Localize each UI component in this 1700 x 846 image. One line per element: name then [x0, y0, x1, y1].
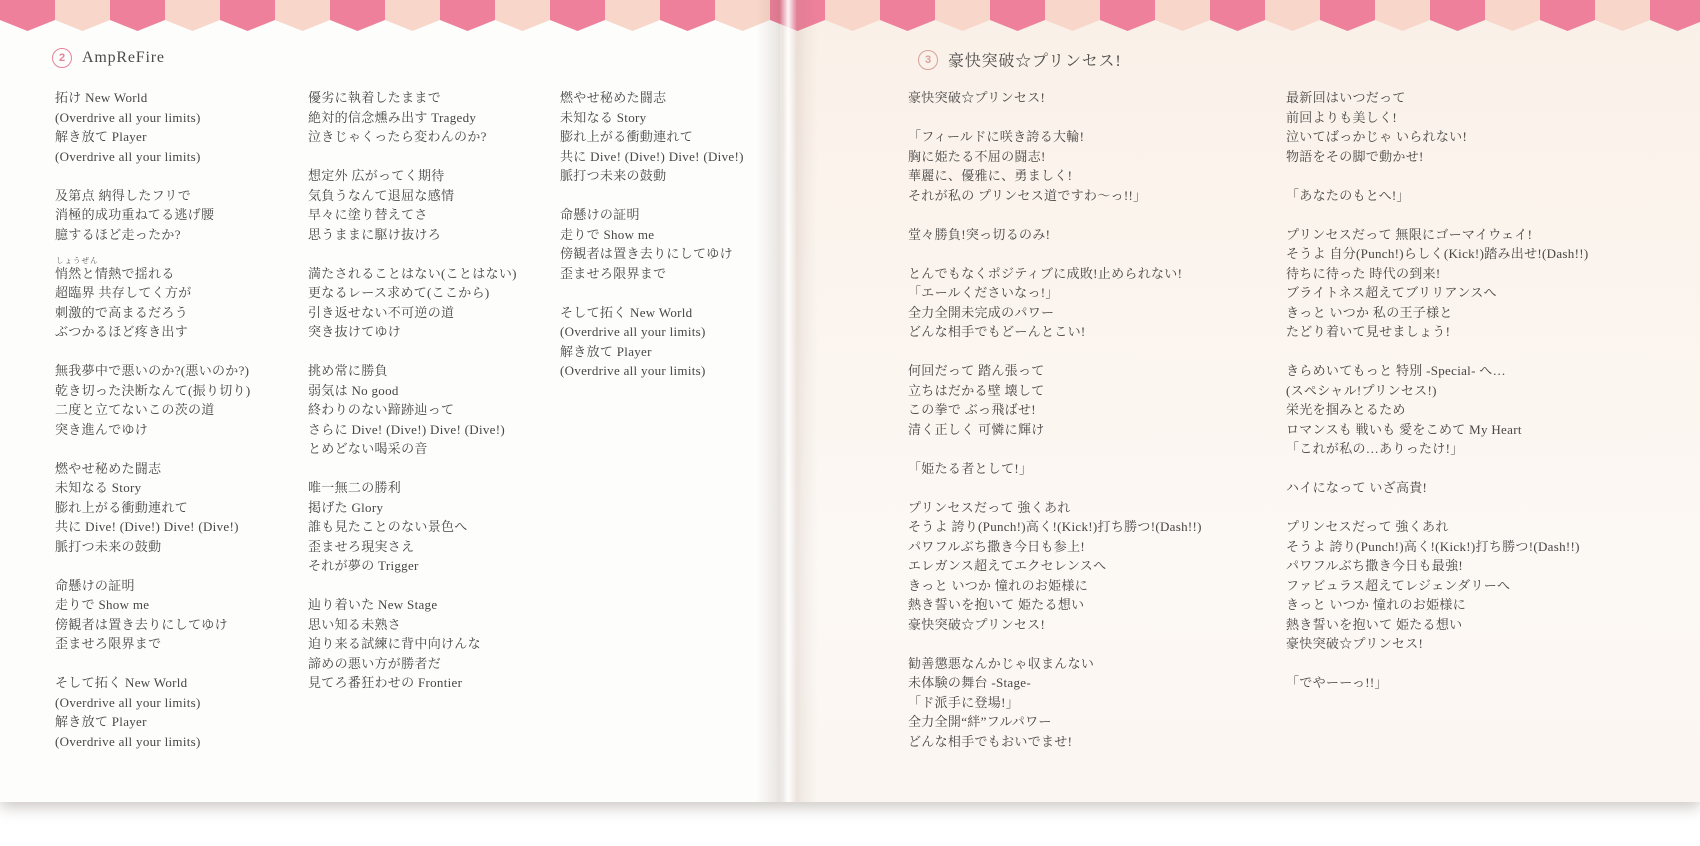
lyrics-stanza: しょうぜん悄然と情熱で揺れる超臨界 共存してく方が刺激的で高まるだろうぶつかるほ… [55, 264, 250, 342]
right-lyrics-column-2: 最新回はいつだって前回よりも美しく!泣いてばっかじゃ いられない!物語をその脚で… [1286, 88, 1588, 712]
lyrics-line: 「これが私の…ありったけ!」 [1286, 439, 1588, 459]
lyrics-stanza: 勧善懲悪なんかじゃ収まんない未体験の舞台 -Stage-「ド派手に登場!」全力全… [908, 654, 1202, 752]
lyrics-line: 歪ませろ現実さえ [308, 537, 517, 557]
lyrics-line: 何回だって 踏ん張って [908, 361, 1202, 381]
lyrics-line: 傍観者は置き去りにしてゆけ [560, 244, 744, 264]
furigana-annotation: しょうぜん [56, 257, 99, 264]
right-track-title: 3 豪快突破☆プリンセス! [918, 48, 1122, 71]
lyrics-line: ハイになって いざ高貴! [1286, 478, 1588, 498]
lyrics-line: 乾き切った決断なんて(振り切り) [55, 381, 250, 401]
lyrics-line: 臆するほど走ったか? [55, 225, 250, 245]
lyrics-line: エレガンス超えてエクセレンスへ [908, 556, 1202, 576]
lyrics-line: 「フィールドに咲き誇る大輪! [908, 127, 1202, 147]
lyrics-line: そうよ 誇り(Punch!)高く!(Kick!)打ち勝つ!(Dash!!) [1286, 537, 1588, 557]
lyrics-line: 解き放て Player [560, 342, 744, 362]
lyrics-line: 膨れ上がる衝動連れて [55, 498, 250, 518]
left-lyrics-column-3: 燃やせ秘めた闘志未知なる Story膨れ上がる衝動連れて共に Dive! (Di… [560, 88, 744, 400]
lyrics-line: 終わりのない蹄跡辿って [308, 400, 517, 420]
lyrics-line: きっと いつか 憧れのお姫様に [908, 576, 1202, 596]
lyrics-stanza: 最新回はいつだって前回よりも美しく!泣いてばっかじゃ いられない!物語をその脚で… [1286, 88, 1588, 166]
left-track-number-badge: 2 [52, 48, 72, 68]
lyrics-line: 走りで Show me [560, 225, 744, 245]
lyrics-line: どんな相手でもどーんとこい! [908, 322, 1202, 342]
lyrics-line: 勧善懲悪なんかじゃ収まんない [908, 654, 1202, 674]
lyrics-line: 突き進んでゆけ [55, 420, 250, 440]
lyrics-stanza: 及第点 納得したフリで消極的成功重ねてる逃げ腰臆するほど走ったか? [55, 186, 250, 245]
right-track-name: 豪快突破☆プリンセス! [948, 48, 1122, 71]
lyrics-stanza: 燃やせ秘めた闘志未知なる Story膨れ上がる衝動連れて共に Dive! (Di… [55, 459, 250, 557]
lyrics-line: 挑め常に勝負 [308, 361, 517, 381]
lyrics-line: そうよ 自分(Punch!)らしく(Kick!)踏み出せ!(Dash!!) [1286, 244, 1588, 264]
lyrics-line: 突き抜けてゆけ [308, 322, 517, 342]
lyrics-line: 超臨界 共存してく方が [55, 283, 250, 303]
lyrics-line: (スペシャル!プリンセス!) [1286, 381, 1588, 401]
lyrics-stanza: 辿り着いた New Stage思い知る未熟さ迫り来る試練に背中向けんな諦めの悪い… [308, 595, 517, 693]
lyrics-line: 物語をその脚で動かせ! [1286, 147, 1588, 167]
lyrics-line: 「あなたのもとへ!」 [1286, 186, 1588, 206]
right-lyrics-column-1: 豪快突破☆プリンセス!「フィールドに咲き誇る大輪!胸に姫たる不屈の闘志!華麗に、… [908, 88, 1202, 771]
lyrics-line: 未知なる Story [560, 108, 744, 128]
lyrics-line: 迫り来る試練に背中向けんな [308, 634, 517, 654]
lyrics-line: 清く正しく 可憐に輝け [908, 420, 1202, 440]
lyrics-line: 泣いてばっかじゃ いられない! [1286, 127, 1588, 147]
lyrics-line: 引き返せない不可逆の道 [308, 303, 517, 323]
lyrics-stanza: 命懸けの証明走りで Show me傍観者は置き去りにしてゆけ歪ませろ限界まで [55, 576, 250, 654]
lyrics-stanza: 挑め常に勝負弱気は No good終わりのない蹄跡辿ってさらに Dive! (D… [308, 361, 517, 459]
left-track-name: AmpReFire [82, 49, 165, 67]
lyrics-stanza: とんでもなくポジティブに成敗!止められない!「エールくださいなっ!」全力全開未完… [908, 264, 1202, 342]
lyrics-line: ブライトネス超えてブリリアンスへ [1286, 283, 1588, 303]
lyrics-line: どんな相手でもおいでませ! [908, 732, 1202, 752]
lyrics-line: とめどない喝采の音 [308, 439, 517, 459]
lyrics-line: 誰も見たことのない景色へ [308, 517, 517, 537]
pink-bunting-border [0, 0, 1700, 32]
lyrics-line: 命懸けの証明 [55, 576, 250, 596]
lyrics-line: 見てろ番狂わせの Frontier [308, 673, 517, 693]
lyrics-stanza: プリンセスだって 無限にゴーマイウェイ!そうよ 自分(Punch!)らしく(Ki… [1286, 225, 1588, 342]
lyrics-line: それが私の プリンセス道ですわ〜っ!!」 [908, 186, 1202, 206]
lyrics-line: プリンセスだって 無限にゴーマイウェイ! [1286, 225, 1588, 245]
lyrics-line: 前回よりも美しく! [1286, 108, 1588, 128]
lyrics-line: 刺激的で高まるだろう [55, 303, 250, 323]
lyrics-line: 燃やせ秘めた闘志 [560, 88, 744, 108]
left-lyrics-column-2: 優劣に執着したままで絶対的信念燻み出す Tragedy泣きじゃくったら変わんのか… [308, 88, 517, 712]
lyrics-line: 未知なる Story [55, 478, 250, 498]
lyrics-line: 燃やせ秘めた闘志 [55, 459, 250, 479]
lyrics-line: 最新回はいつだって [1286, 88, 1588, 108]
lyrics-line: 立ちはだかる壁 壊して [908, 381, 1202, 401]
lyrics-line: 「でやーーっ!!」 [1286, 673, 1588, 693]
lyrics-line: きっと いつか 私の王子様と [1286, 303, 1588, 323]
lyrics-line: きっと いつか 憧れのお姫様に [1286, 595, 1588, 615]
lyrics-line: パワフルぶち撒き今日も参上! [908, 537, 1202, 557]
lyrics-line: 「姫たる者として!」 [908, 459, 1202, 479]
lyrics-line: (Overdrive all your limits) [55, 147, 250, 167]
lyrics-line: 想定外 広がってく期待 [308, 166, 517, 186]
lyrics-line: 熱き誓いを抱いて 姫たる想い [1286, 615, 1588, 635]
lyrics-line: プリンセスだって 強くあれ [1286, 517, 1588, 537]
lyrics-line: とんでもなくポジティブに成敗!止められない! [908, 264, 1202, 284]
lyrics-line: しょうぜん悄然と情熱で揺れる [55, 264, 250, 284]
lyrics-line: ファビュラス超えてレジェンダリーへ [1286, 576, 1588, 596]
lyrics-stanza: 豪快突破☆プリンセス! [908, 88, 1202, 108]
lyrics-stanza: 唯一無二の勝利掲げた Glory誰も見たことのない景色へ歪ませろ現実さえそれが夢… [308, 478, 517, 576]
lyrics-line: 「エールくださいなっ!」 [908, 283, 1202, 303]
lyrics-line: 歪ませろ限界まで [560, 264, 744, 284]
lyrics-line: 弱気は No good [308, 381, 517, 401]
lyrics-line: 辿り着いた New Stage [308, 595, 517, 615]
lyrics-stanza: 命懸けの証明走りで Show me傍観者は置き去りにしてゆけ歪ませろ限界まで [560, 205, 744, 283]
lyrics-line: 歪ませろ限界まで [55, 634, 250, 654]
lyrics-line: 全力全開未完成のパワー [908, 303, 1202, 323]
lyrics-stanza: 「フィールドに咲き誇る大輪!胸に姫たる不屈の闘志!華麗に、優雅に、勇ましく!それ… [908, 127, 1202, 205]
lyrics-stanza: そして拓く New World(Overdrive all your limit… [560, 303, 744, 381]
lyrics-line: ロマンスも 戦いも 愛をこめて My Heart [1286, 420, 1588, 440]
lyrics-line: 豪快突破☆プリンセス! [1286, 634, 1588, 654]
lyrics-line: ぶつかるほど疼き出す [55, 322, 250, 342]
lyrics-stanza: 満たされることはない(ことはない)更なるレース求めて(ここから)引き返せない不可… [308, 264, 517, 342]
lyrics-line: 脈打つ未来の鼓動 [55, 537, 250, 557]
lyrics-line: 絶対的信念燻み出す Tragedy [308, 108, 517, 128]
lyrics-line: 華麗に、優雅に、勇ましく! [908, 166, 1202, 186]
lyrics-line: 解き放て Player [55, 127, 250, 147]
lyrics-line: 共に Dive! (Dive!) Dive! (Dive!) [560, 147, 744, 167]
lyrics-stanza: ハイになって いざ高貴! [1286, 478, 1588, 498]
lyrics-line: 豪快突破☆プリンセス! [908, 88, 1202, 108]
left-lyrics-column-1: 拓け New World(Overdrive all your limits)解… [55, 88, 250, 771]
lyrics-line: 消極的成功重ねてる逃げ腰 [55, 205, 250, 225]
lyrics-line: プリンセスだって 強くあれ [908, 498, 1202, 518]
lyrics-line: きらめいてもっと 特別 -Special- へ… [1286, 361, 1588, 381]
lyrics-stanza: 想定外 広がってく期待気負うなんて退屈な感情早々に塗り替えてさ思うままに駆け抜け… [308, 166, 517, 244]
lyrics-line: そうよ 誇り(Punch!)高く!(Kick!)打ち勝つ!(Dash!!) [908, 517, 1202, 537]
lyrics-line: 解き放て Player [55, 712, 250, 732]
lyrics-line: (Overdrive all your limits) [55, 693, 250, 713]
lyrics-line: 走りで Show me [55, 595, 250, 615]
lyrics-line: 傍観者は置き去りにしてゆけ [55, 615, 250, 635]
left-track-title: 2 AmpReFire [52, 48, 165, 68]
center-fold-crease [756, 0, 818, 802]
lyrics-stanza: 堂々勝負!突っ切るのみ! [908, 225, 1202, 245]
lyrics-line: 早々に塗り替えてさ [308, 205, 517, 225]
lyrics-line: それが夢の Trigger [308, 556, 517, 576]
lyrics-stanza: 優劣に執着したままで絶対的信念燻み出す Tragedy泣きじゃくったら変わんのか… [308, 88, 517, 147]
lyrics-line: 栄光を掴みとるため [1286, 400, 1588, 420]
lyrics-line: 二度と立てないこの茨の道 [55, 400, 250, 420]
lyrics-stanza: 「姫たる者として!」 [908, 459, 1202, 479]
lyrics-line: 更なるレース求めて(ここから) [308, 283, 517, 303]
lyrics-stanza: 燃やせ秘めた闘志未知なる Story膨れ上がる衝動連れて共に Dive! (Di… [560, 88, 744, 186]
lyrics-line: さらに Dive! (Dive!) Dive! (Dive!) [308, 420, 517, 440]
lyrics-booklet-spread: 2 AmpReFire 3 豪快突破☆プリンセス! 拓け New World(O… [0, 0, 1700, 802]
lyrics-line: パワフルぶち撒き今日も最強! [1286, 556, 1588, 576]
lyrics-line: 無我夢中で悪いのか?(悪いのか?) [55, 361, 250, 381]
lyrics-stanza: 「でやーーっ!!」 [1286, 673, 1588, 693]
lyrics-line: 膨れ上がる衝動連れて [560, 127, 744, 147]
lyrics-stanza: きらめいてもっと 特別 -Special- へ…(スペシャル!プリンセス!)栄光… [1286, 361, 1588, 459]
lyrics-line: そして拓く New World [55, 673, 250, 693]
lyrics-line: (Overdrive all your limits) [55, 732, 250, 752]
lyrics-line: 待ちに待った 時代の到来! [1286, 264, 1588, 284]
lyrics-line: 共に Dive! (Dive!) Dive! (Dive!) [55, 517, 250, 537]
lyrics-line: 気負うなんて退屈な感情 [308, 186, 517, 206]
lyrics-line: たどり着いて見せましょう! [1286, 322, 1588, 342]
lyrics-line: 未体験の舞台 -Stage- [908, 673, 1202, 693]
lyrics-stanza: 何回だって 踏ん張って立ちはだかる壁 壊してこの拳で ぶっ飛ばせ!清く正しく 可… [908, 361, 1202, 439]
lyrics-line: 掲げた Glory [308, 498, 517, 518]
lyrics-line: 胸に姫たる不屈の闘志! [908, 147, 1202, 167]
lyrics-line: (Overdrive all your limits) [560, 322, 744, 342]
lyrics-line: 泣きじゃくったら変わんのか? [308, 127, 517, 147]
lyrics-line: 唯一無二の勝利 [308, 478, 517, 498]
lyrics-line: 命懸けの証明 [560, 205, 744, 225]
lyrics-line: 諦めの悪い方が勝者だ [308, 654, 517, 674]
lyrics-line: (Overdrive all your limits) [560, 361, 744, 381]
lyrics-line: 優劣に執着したままで [308, 88, 517, 108]
lyrics-line: そして拓く New World [560, 303, 744, 323]
banner-pattern-fill [0, 0, 1700, 32]
lyrics-line: 満たされることはない(ことはない) [308, 264, 517, 284]
lyrics-stanza: 無我夢中で悪いのか?(悪いのか?)乾き切った決断なんて(振り切り)二度と立てない… [55, 361, 250, 439]
lyrics-line: 全力全開“絆”フルパワー [908, 712, 1202, 732]
lyrics-line: 及第点 納得したフリで [55, 186, 250, 206]
lyrics-line: 堂々勝負!突っ切るのみ! [908, 225, 1202, 245]
lyrics-line: 思うままに駆け抜けろ [308, 225, 517, 245]
lyrics-stanza: 「あなたのもとへ!」 [1286, 186, 1588, 206]
lyrics-stanza: 拓け New World(Overdrive all your limits)解… [55, 88, 250, 166]
lyrics-line: 豪快突破☆プリンセス! [908, 615, 1202, 635]
lyrics-stanza: プリンセスだって 強くあれそうよ 誇り(Punch!)高く!(Kick!)打ち勝… [908, 498, 1202, 635]
lyrics-line: この拳で ぶっ飛ばせ! [908, 400, 1202, 420]
lyrics-line: 「ド派手に登場!」 [908, 693, 1202, 713]
right-track-number-badge: 3 [918, 50, 938, 70]
lyrics-line: 熱き誓いを抱いて 姫たる想い [908, 595, 1202, 615]
lyrics-stanza: そして拓く New World(Overdrive all your limit… [55, 673, 250, 751]
lyrics-stanza: プリンセスだって 強くあれそうよ 誇り(Punch!)高く!(Kick!)打ち勝… [1286, 517, 1588, 654]
lyrics-line: 思い知る未熟さ [308, 615, 517, 635]
lyrics-line: 脈打つ未来の鼓動 [560, 166, 744, 186]
lyrics-line: (Overdrive all your limits) [55, 108, 250, 128]
lyrics-line: 拓け New World [55, 88, 250, 108]
